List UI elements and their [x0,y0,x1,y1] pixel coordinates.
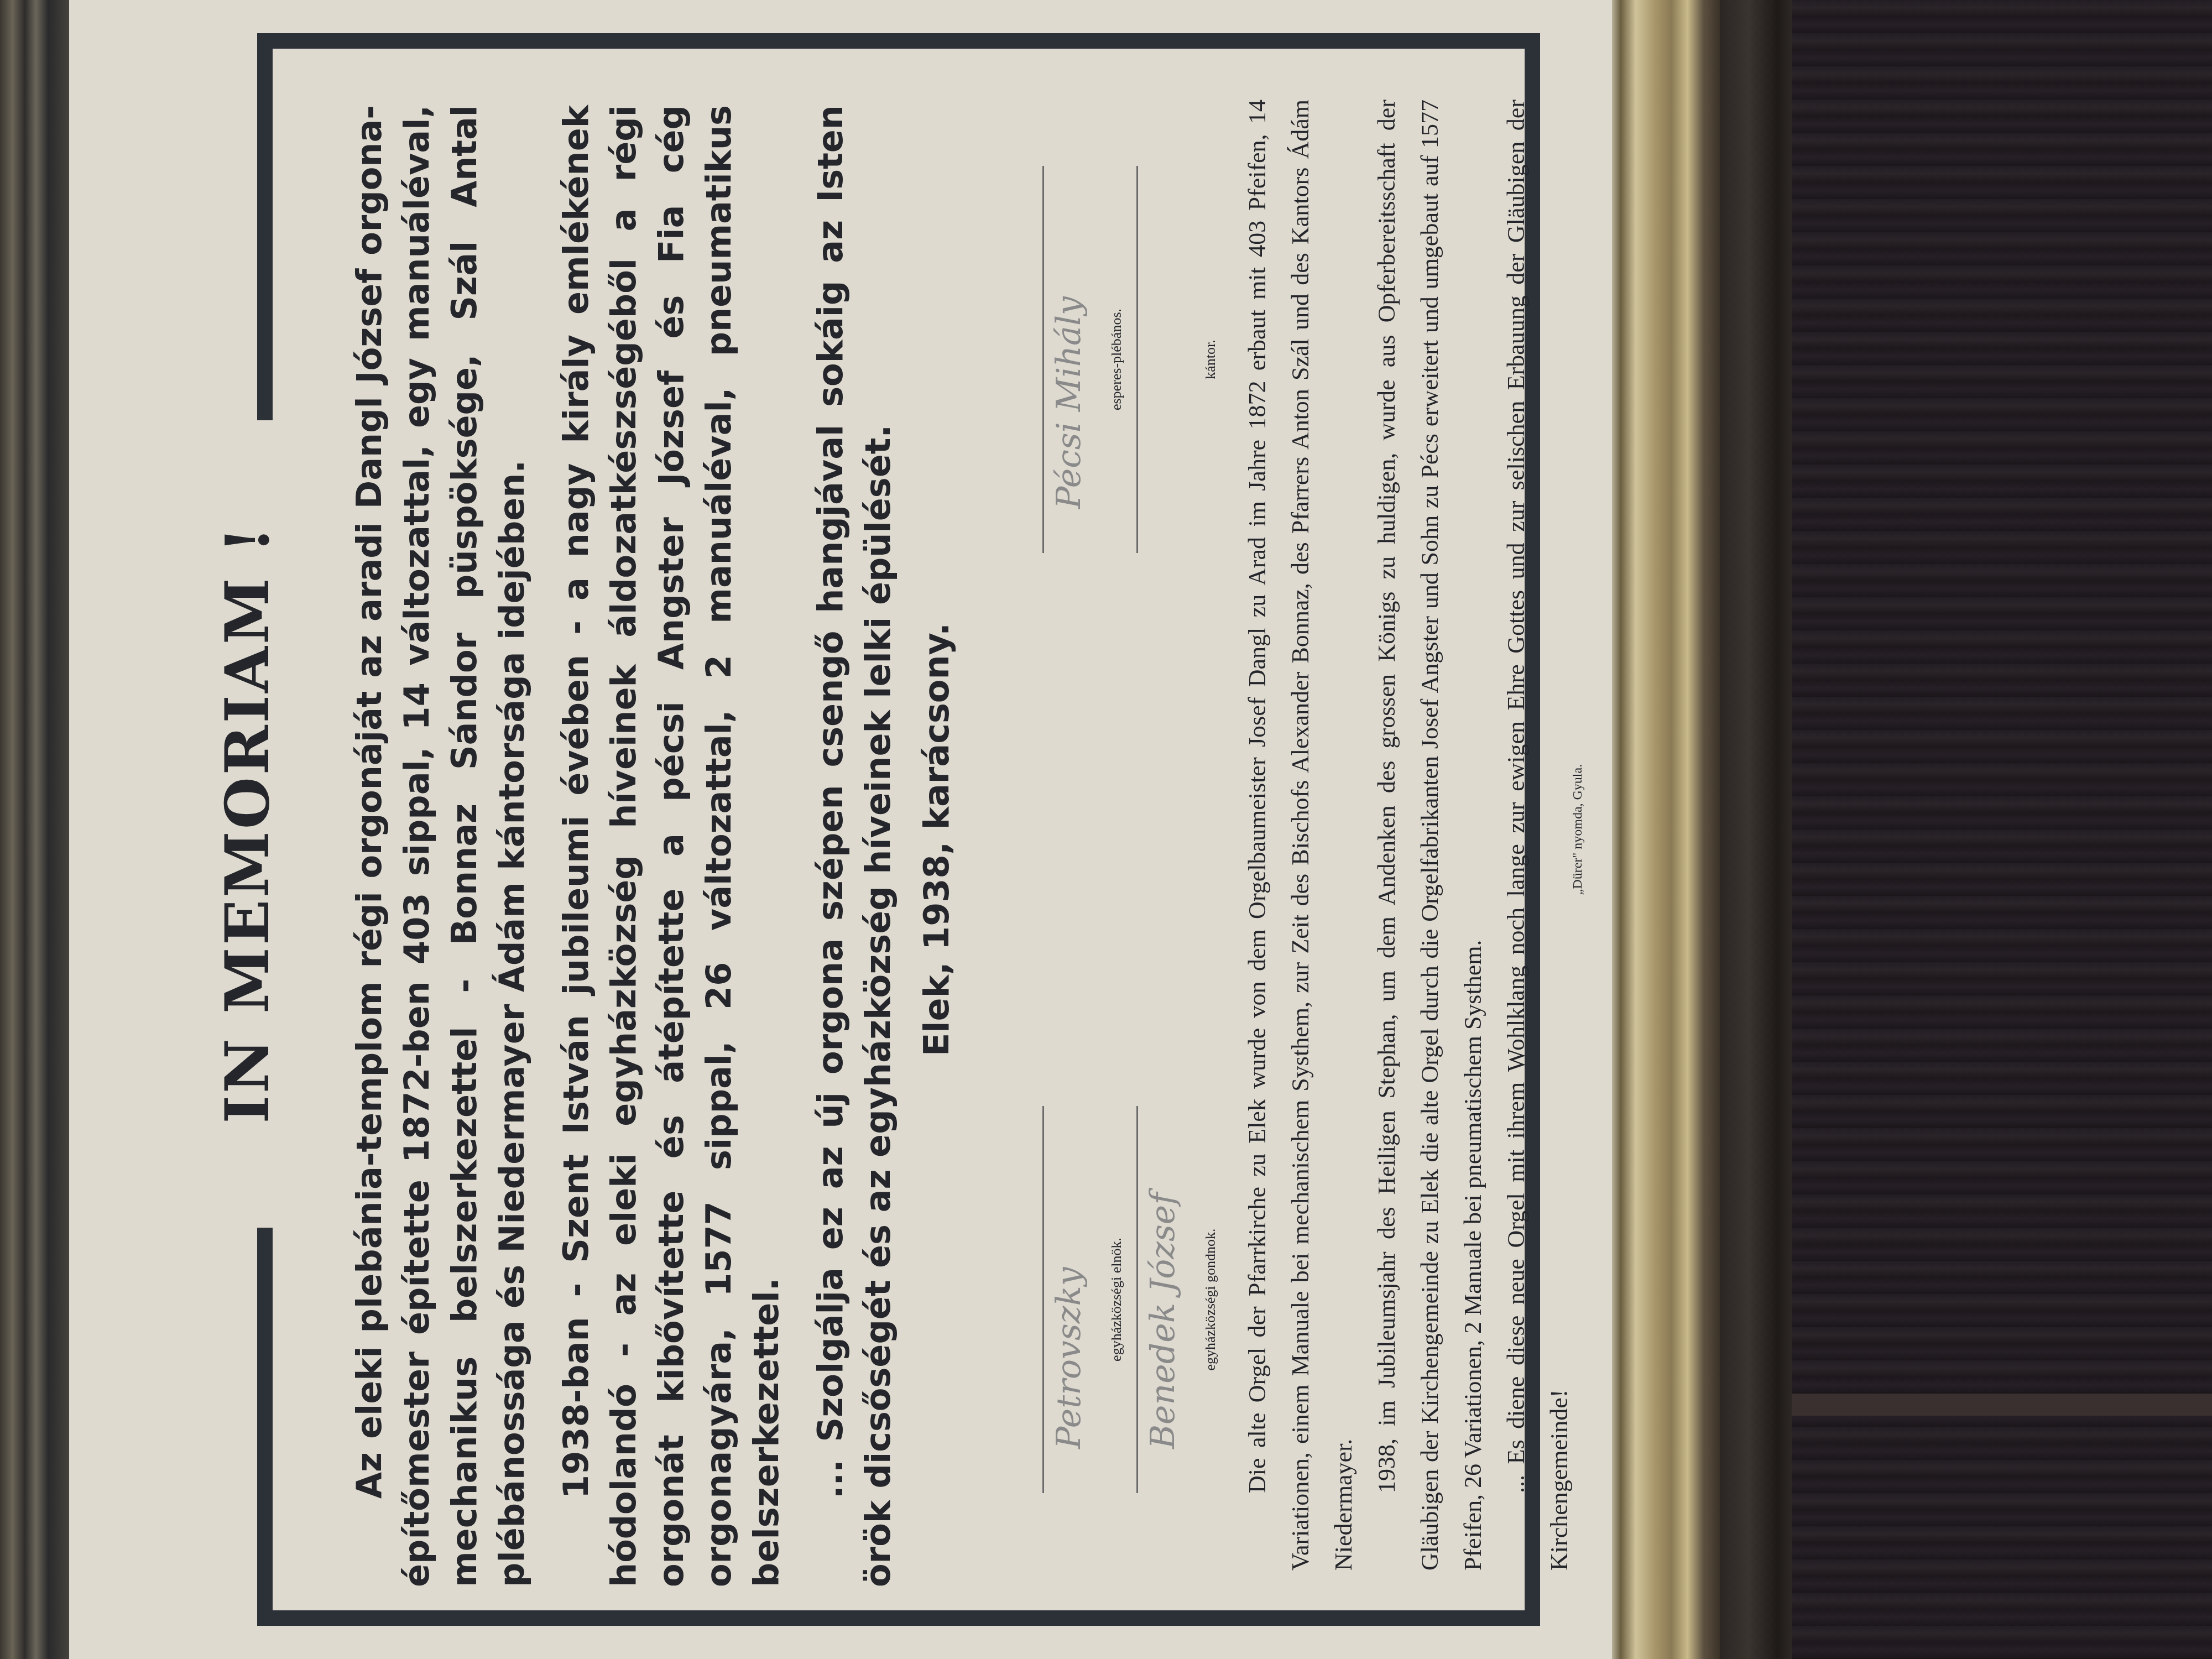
signature-cantor: kántor. [1136,166,1219,553]
signature-role: egyházközségi elnök. [1108,1238,1124,1361]
signature-president: Petrovszky egyházközségi elnök. [1042,1106,1125,1493]
signature-block: Petrovszky egyházközségi elnök. Benedek … [1042,166,1225,1493]
hungarian-text: Az eleki plebánia-templom régi orgonáját… [346,105,961,1587]
wall-seam [1792,1394,2212,1416]
border-top-segment [257,1228,273,1626]
german-text: Die alte Orgel der Pfarrkirche zu Elek w… [1236,100,1581,1571]
german-paragraph: 1938, im Jubileumsjahr des Heiligen Step… [1365,100,1495,1571]
handwritten-signature: Benedek József [1144,1193,1182,1449]
signature-role: esperes-plébános. [1108,309,1124,410]
hungarian-paragraph: 1938-ban - Szent István jubileumi évében… [552,105,790,1587]
frame-outer-moulding [1720,0,1792,1659]
signature-role: egyházközségi gondnok. [1202,1228,1218,1370]
place-date: Elek, 1938, karácsony. [913,105,961,1587]
hungarian-paragraph: Az eleki plebánia-templom régi orgonáját… [346,105,536,1587]
printer-imprint: „Dürer" nyomda, Gyula. [1571,0,1585,1659]
hungarian-paragraph: ... Szolgálja ez az új orgona szépen cse… [807,105,902,1587]
signature-role: kántor. [1202,340,1218,379]
handwritten-signature: Petrovszky [1050,1267,1088,1449]
handwritten-signature: Pécsi Mihály [1050,296,1088,509]
signature-dean: Pécsi Mihály esperes-plébános. [1042,166,1125,553]
german-paragraph: ... Es diene diese neue Orgel mit ihrem … [1495,100,1581,1571]
border-top-segment [257,33,273,420]
frame-left-edge [0,0,69,1659]
signature-warden: Benedek József egyházközségi gondnok. [1136,1106,1219,1493]
document-title: IN MEMORIAM ! [213,420,283,1228]
german-paragraph: Die alte Orgel der Pfarrkirche zu Elek w… [1236,100,1365,1571]
frame-gilt-moulding [1612,0,1720,1659]
memorial-document: IN MEMORIAM ! Az eleki plebánia-templom … [69,0,1612,1659]
